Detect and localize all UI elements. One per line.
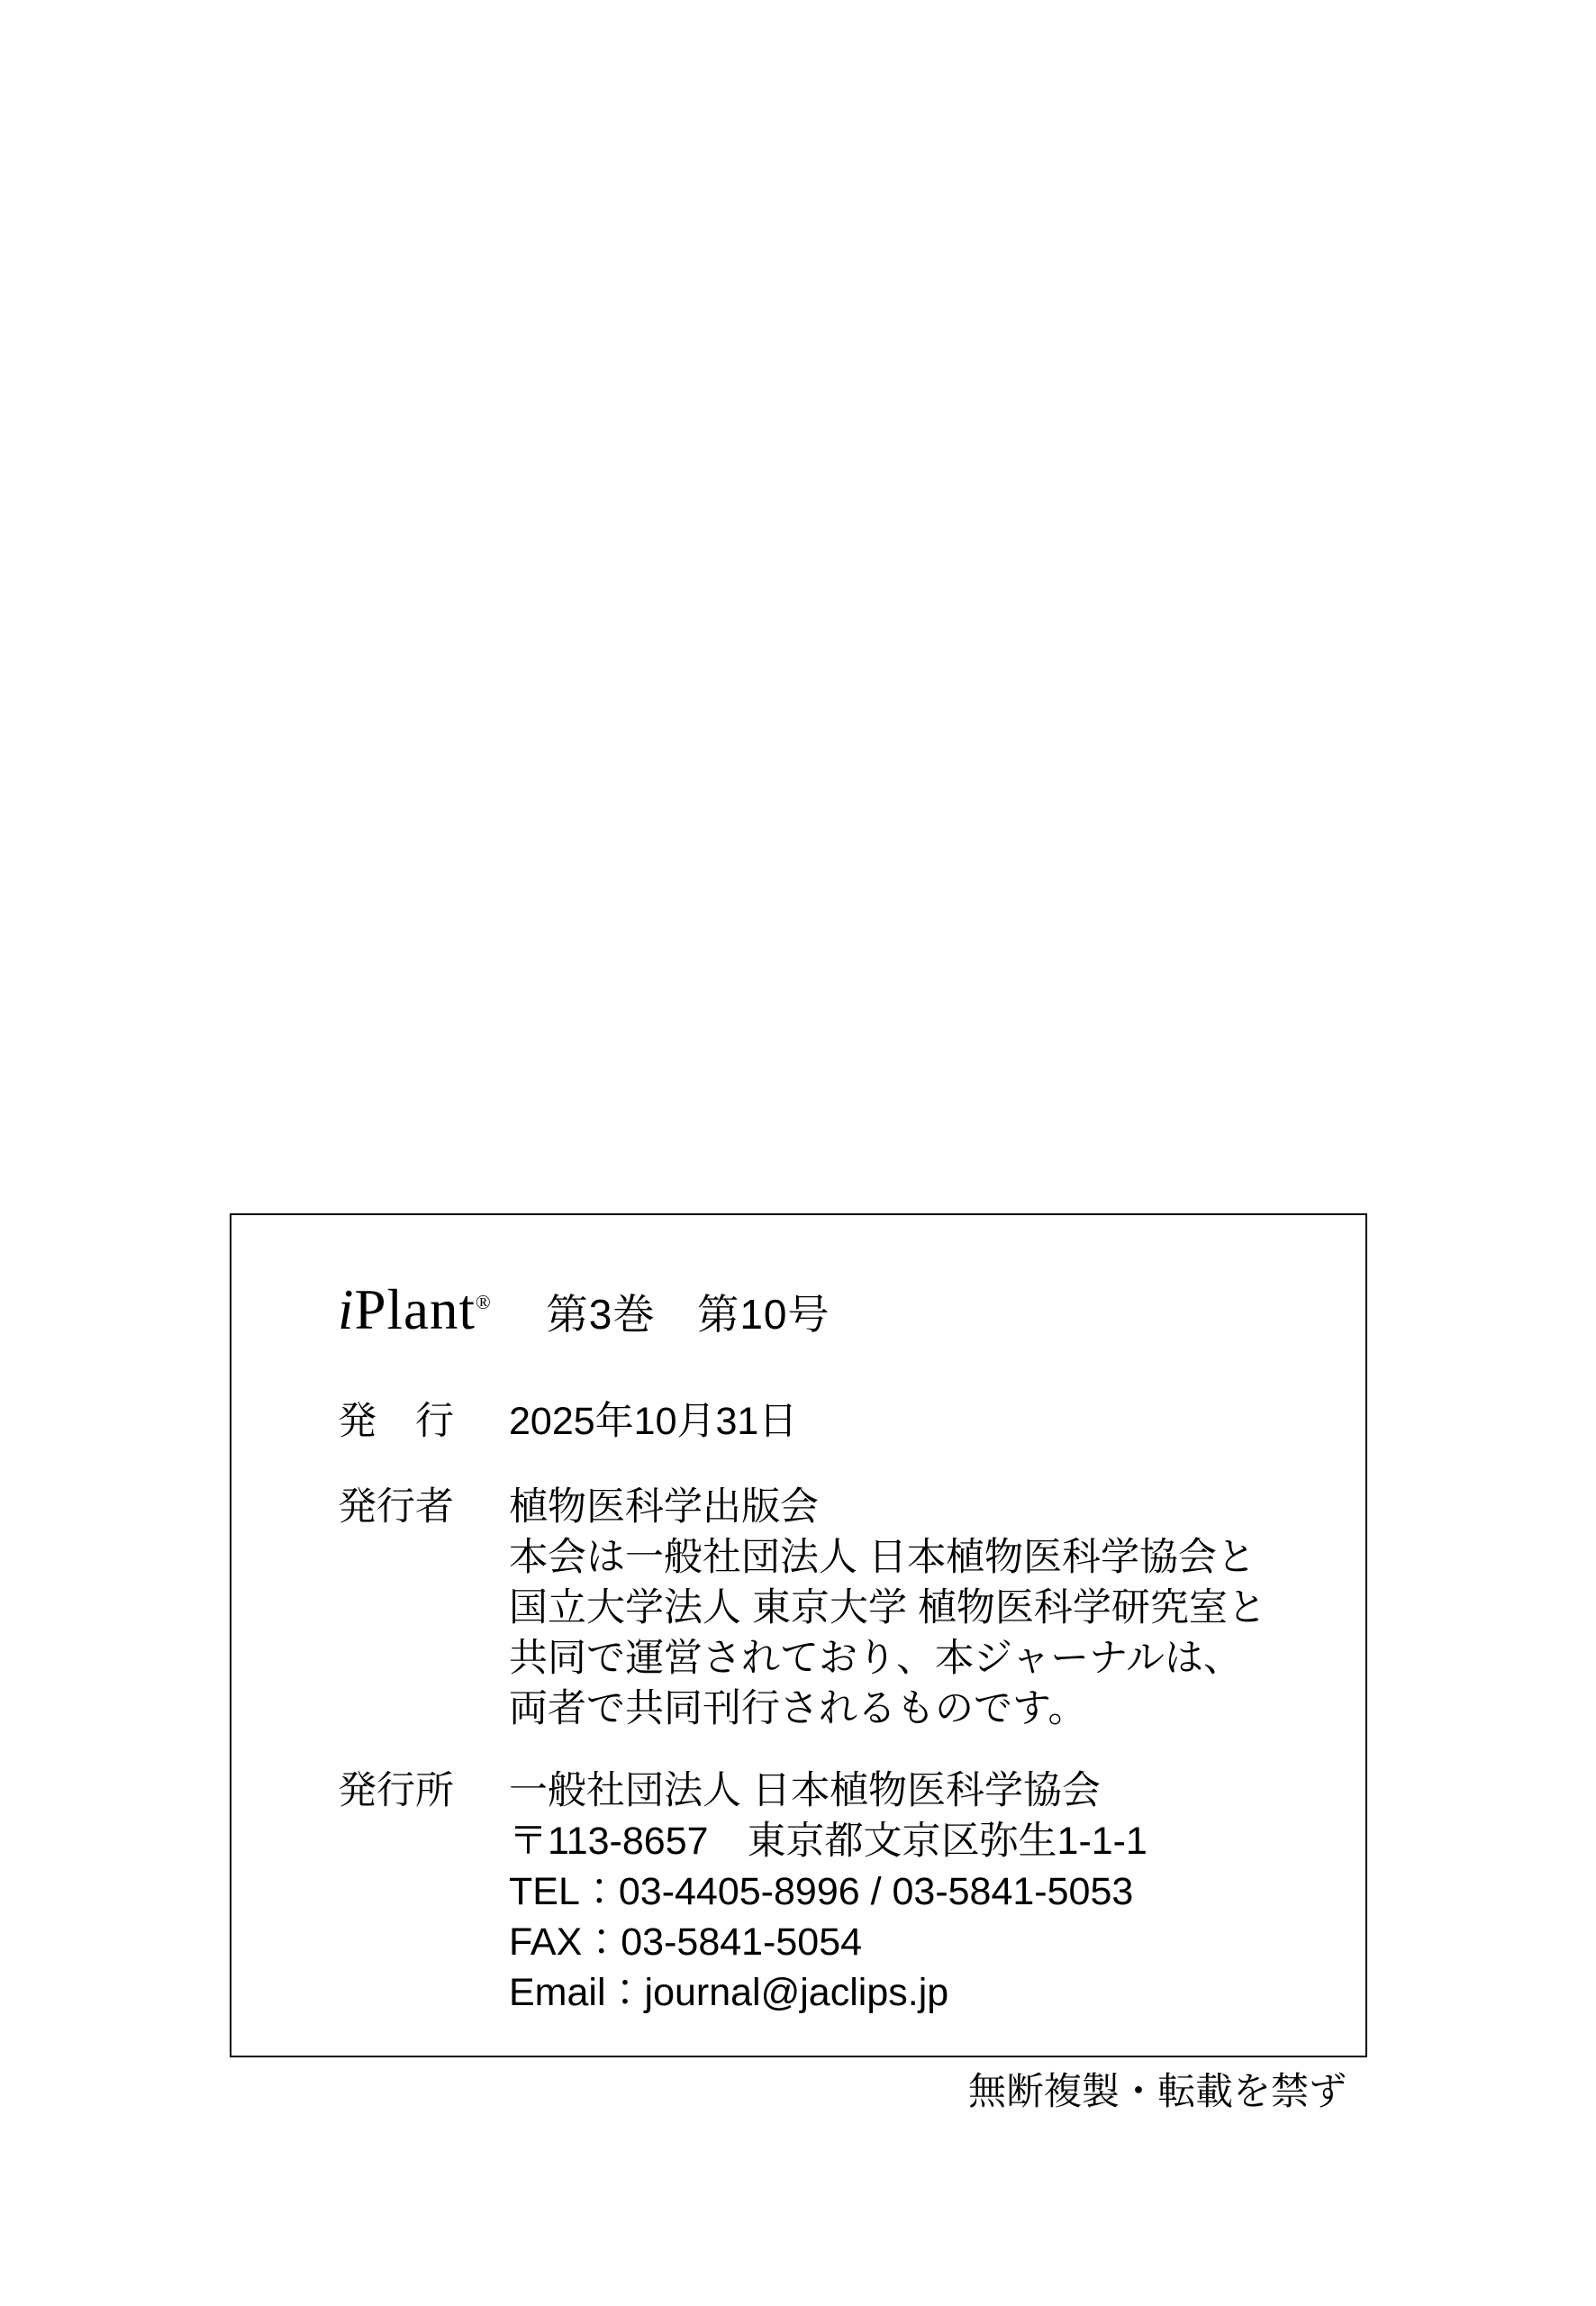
volume-issue-label: 第3巻 第10号 (547, 1283, 830, 1346)
publisher-label: 発行者 (338, 1482, 509, 1532)
publisher-row: 発行者 植物医科学出版会 本会は一般社団法人 日本植物医科学協会と 国立大学法人… (338, 1482, 1338, 1734)
publishing-office-label: 発行所 (338, 1766, 509, 1816)
publisher-name: 植物医科学出版会 (509, 1482, 1338, 1532)
publisher-note-line-4: 両者で共同刊行されるものです。 (509, 1684, 1338, 1734)
colophon-box: iPlant® 第3巻 第10号 発 行 2025年10月31日 発行者 植物医… (230, 1213, 1367, 2057)
publishing-office-name: 一般社団法人 日本植物医科学協会 (509, 1766, 1338, 1816)
publish-date: 2025年10月31日 (509, 1396, 1338, 1447)
journal-logo: iPlant® (338, 1271, 491, 1341)
publisher-note-line-3: 共同で運営されており、本ジャーナルは、 (509, 1633, 1338, 1684)
publishing-office-row: 発行所 一般社団法人 日本植物医科学協会 〒113-8657 東京都文京区弥生1… (338, 1766, 1338, 2018)
publishing-office-fax: FAX：03-5841-5054 (509, 1917, 1338, 1967)
publishing-office-tel: TEL：03-4405-8996 / 03-5841-5053 (509, 1866, 1338, 1917)
copyright-notice: 無断複製・転載を禁ず (968, 2066, 1347, 2117)
publish-date-row: 発 行 2025年10月31日 (338, 1396, 1338, 1447)
colophon-page: iPlant® 第3巻 第10号 発 行 2025年10月31日 発行者 植物医… (0, 0, 1596, 2306)
publisher-value: 植物医科学出版会 本会は一般社団法人 日本植物医科学協会と 国立大学法人 東京大… (509, 1482, 1338, 1734)
publish-date-label: 発 行 (338, 1396, 509, 1447)
publishing-office-address: 〒113-8657 東京都文京区弥生1-1-1 (509, 1816, 1338, 1866)
journal-title-row: iPlant® 第3巻 第10号 (338, 1271, 1338, 1346)
publisher-note-line-2: 国立大学法人 東京大学 植物医科学研究室と (509, 1583, 1338, 1633)
publishing-office-value: 一般社団法人 日本植物医科学協会 〒113-8657 東京都文京区弥生1-1-1… (509, 1766, 1338, 2018)
publish-date-value: 2025年10月31日 (509, 1396, 1338, 1447)
publisher-note-line-1: 本会は一般社団法人 日本植物医科学協会と (509, 1532, 1338, 1583)
registered-trademark-icon: ® (476, 1291, 491, 1313)
journal-logo-rest: Plant (355, 1278, 476, 1341)
publishing-office-email: Email：journal@jaclips.jp (509, 1967, 1338, 2018)
journal-logo-i: i (338, 1278, 355, 1341)
